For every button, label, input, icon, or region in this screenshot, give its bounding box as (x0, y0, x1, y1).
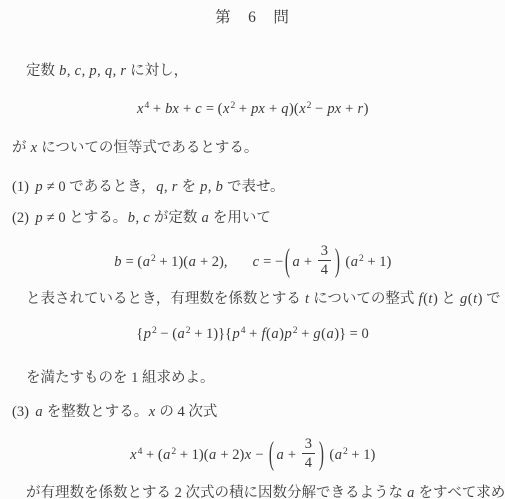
math-text: − (252, 447, 267, 463)
math-text: を (178, 179, 200, 195)
math-text: + (342, 101, 357, 117)
math-variable: a (326, 326, 334, 342)
math-variable: a (334, 447, 342, 463)
subproblem-2-closing-text: を満たすものを 1 組求めよ。 (26, 369, 493, 388)
math-text: をすべて求めよ。 (415, 485, 505, 499)
subproblem-2-opening: (2)p ≠ 0 とする。b, c が定数 a を用いて (12, 209, 493, 228)
factored-condition-equation: {p2 − (a2 + 1)}{p4 + f(a)p2 + g(a)} = 0 (12, 324, 493, 346)
math-text: + (265, 101, 280, 117)
math-fraction: 34 (318, 243, 331, 279)
math-superscript: 4 (144, 100, 149, 111)
math-variable: g (313, 326, 321, 342)
math-variable: g (460, 291, 468, 307)
math-variable: a (292, 254, 300, 270)
math-variable: b (114, 254, 122, 270)
math-text: 定数 (26, 63, 59, 79)
math-variable: r (171, 179, 178, 195)
math-variable: p (200, 179, 208, 195)
math-variable: p (232, 326, 240, 342)
math-text: と表されているとき，有理数を係数とする (26, 291, 305, 307)
math-variable: px (327, 101, 342, 117)
math-variable: x (137, 101, 144, 117)
math-text: , (113, 63, 120, 79)
math-text: + 1) (364, 254, 392, 270)
subproblem-1-label: (1) (12, 178, 29, 197)
math-text: ) で (478, 291, 501, 307)
math-text: = ( (122, 254, 142, 270)
math-superscript: 4 (240, 325, 245, 336)
math-text: が (12, 140, 30, 156)
math-text: + (246, 326, 261, 342)
math-text: + 1)( (176, 447, 208, 463)
math-variable: a (407, 485, 415, 499)
intro-sentence: 定数 b, c, p, q, r に対し， (26, 62, 493, 81)
math-text: を整数とする。 (43, 404, 148, 420)
math-variable: x (130, 447, 137, 463)
math-variable: b (59, 63, 67, 79)
math-text: ) と (433, 291, 460, 307)
math-text: = ( (202, 101, 222, 117)
math-text: − ( (157, 326, 177, 342)
fraction-denominator: 4 (318, 261, 331, 279)
fraction-numerator: 3 (318, 243, 331, 262)
coefficients-equation: b = (a2 + 1)(a + 2),c = −(a + 34) (a2 + … (12, 240, 493, 286)
math-variable: x (30, 140, 37, 156)
math-variable: x (223, 101, 230, 117)
math-text: + (179, 101, 194, 117)
math-text: )} = 0 (334, 326, 368, 342)
math-text: を用いて (209, 210, 271, 226)
big-parenthesis: ) (317, 405, 326, 499)
math-variable: q (281, 101, 289, 117)
subproblem-1-text: p ≠ 0 であるとき，q, r を p, b で表せ。 (35, 179, 285, 195)
math-superscript: 2 (359, 253, 364, 264)
math-text: ) (364, 101, 369, 117)
exam-page: 第 6 問 定数 b, c, p, q, r に対し， x4 + bx + c … (0, 0, 505, 499)
math-variable: c (252, 254, 259, 270)
math-text: + (149, 101, 164, 117)
math-text: , (82, 63, 89, 79)
math-superscript: 2 (292, 325, 297, 336)
math-variable: a (271, 326, 279, 342)
math-text: , (208, 179, 215, 195)
subproblem-1: (1)p ≠ 0 であるとき，q, r を p, b で表せ。 (12, 178, 493, 197)
math-text: で表せ。 (223, 179, 284, 195)
math-text: についての恒等式であるとする。 (38, 140, 259, 156)
subproblem-3-opening: (3)a を整数とする。x の 4 次式 (12, 403, 493, 422)
math-superscript: 2 (185, 325, 190, 336)
math-variable: c (74, 63, 81, 79)
math-text: − (311, 101, 326, 117)
subproblem-2-middle-text: と表されているとき，有理数を係数とする t についての整式 f(t) と g(t… (26, 290, 493, 309)
math-text: + (235, 101, 250, 117)
quartic-equation: x4 + (a2 + 1)(a + 2)x − (a + 34) (a2 + 1… (12, 433, 493, 479)
subproblem-3-text: a を整数とする。x の 4 次式 (35, 404, 217, 420)
math-variable: px (251, 101, 266, 117)
math-text: ≠ 0 であるとき， (43, 179, 156, 195)
math-text: ( (468, 291, 473, 307)
math-superscript: 2 (171, 446, 176, 457)
subproblem-3-closing-text: が有理数を係数とする 2 次式の積に因数分解できるような a をすべて求めよ。 (26, 484, 493, 499)
math-superscript: 2 (151, 325, 156, 336)
math-text: ≠ 0 とする。 (43, 210, 127, 226)
intro-sentence-continued: が x についての恒等式であるとする。 (12, 139, 493, 158)
math-variable: q (104, 63, 112, 79)
subproblem-3-label: (3) (12, 403, 29, 422)
math-superscript: 2 (306, 100, 311, 111)
math-text: + 1) (348, 447, 376, 463)
math-text: + (297, 326, 312, 342)
math-variable: q (156, 179, 164, 195)
big-parenthesis: ) (333, 212, 342, 311)
math-variable: p (35, 179, 43, 195)
math-text: ( (342, 254, 350, 270)
math-variable: p (284, 326, 292, 342)
math-variable: a (201, 210, 209, 226)
subproblem-3: (3)a を整数とする。x の 4 次式 x4 + (a2 + 1)(a + 2… (12, 403, 493, 499)
math-text: )( (289, 101, 299, 117)
math-text: + 2), (196, 254, 227, 270)
math-variable: r (357, 101, 364, 117)
math-text: が定数 (150, 210, 201, 226)
math-text: + (300, 254, 315, 270)
big-parenthesis: ( (267, 405, 276, 499)
math-text: が有理数を係数とする 2 次式の積に因数分解できるような (26, 485, 407, 499)
fraction-denominator: 4 (302, 454, 315, 472)
math-text: , (136, 210, 143, 226)
math-text: についての整式 (310, 291, 418, 307)
math-superscript: 4 (137, 446, 142, 457)
math-variable: bx (165, 101, 180, 117)
problem-title: 第 6 問 (12, 8, 493, 27)
identity-equation: x4 + bx + c = (x2 + px + q)(x2 − px + r) (12, 99, 493, 121)
math-superscript: 2 (230, 100, 235, 111)
math-variable: x (148, 404, 155, 420)
math-text: に対し， (126, 63, 188, 79)
fraction-numerator: 3 (302, 436, 315, 455)
math-text: ( (326, 447, 334, 463)
math-text: + 1)( (156, 254, 188, 270)
math-fraction: 34 (302, 436, 315, 472)
math-superscript: 2 (343, 446, 348, 457)
math-text: を満たすものを 1 組求めよ。 (26, 370, 215, 386)
subproblem-2-label: (2) (12, 209, 29, 228)
math-variable: a (350, 254, 358, 270)
math-text: + ( (142, 447, 162, 463)
math-text: の 4 次式 (156, 404, 218, 420)
subproblem-2: (2)p ≠ 0 とする。b, c が定数 a を用いて b = (a2 + 1… (12, 209, 493, 388)
math-text: + (284, 447, 299, 463)
math-superscript: 2 (150, 253, 155, 264)
math-variable: a (163, 447, 171, 463)
math-text: + 1)}{ (191, 326, 232, 342)
subproblem-2-text: p ≠ 0 とする。b, c が定数 a を用いて (35, 210, 271, 226)
big-parenthesis: ( (283, 212, 292, 311)
math-variable: x (244, 447, 251, 463)
math-variable: p (35, 210, 43, 226)
math-text: + 2) (217, 447, 245, 463)
math-text: = − (260, 254, 284, 270)
math-variable: b (127, 210, 135, 226)
math-variable: a (35, 404, 43, 420)
math-variable: p (89, 63, 97, 79)
math-variable: a (209, 447, 217, 463)
